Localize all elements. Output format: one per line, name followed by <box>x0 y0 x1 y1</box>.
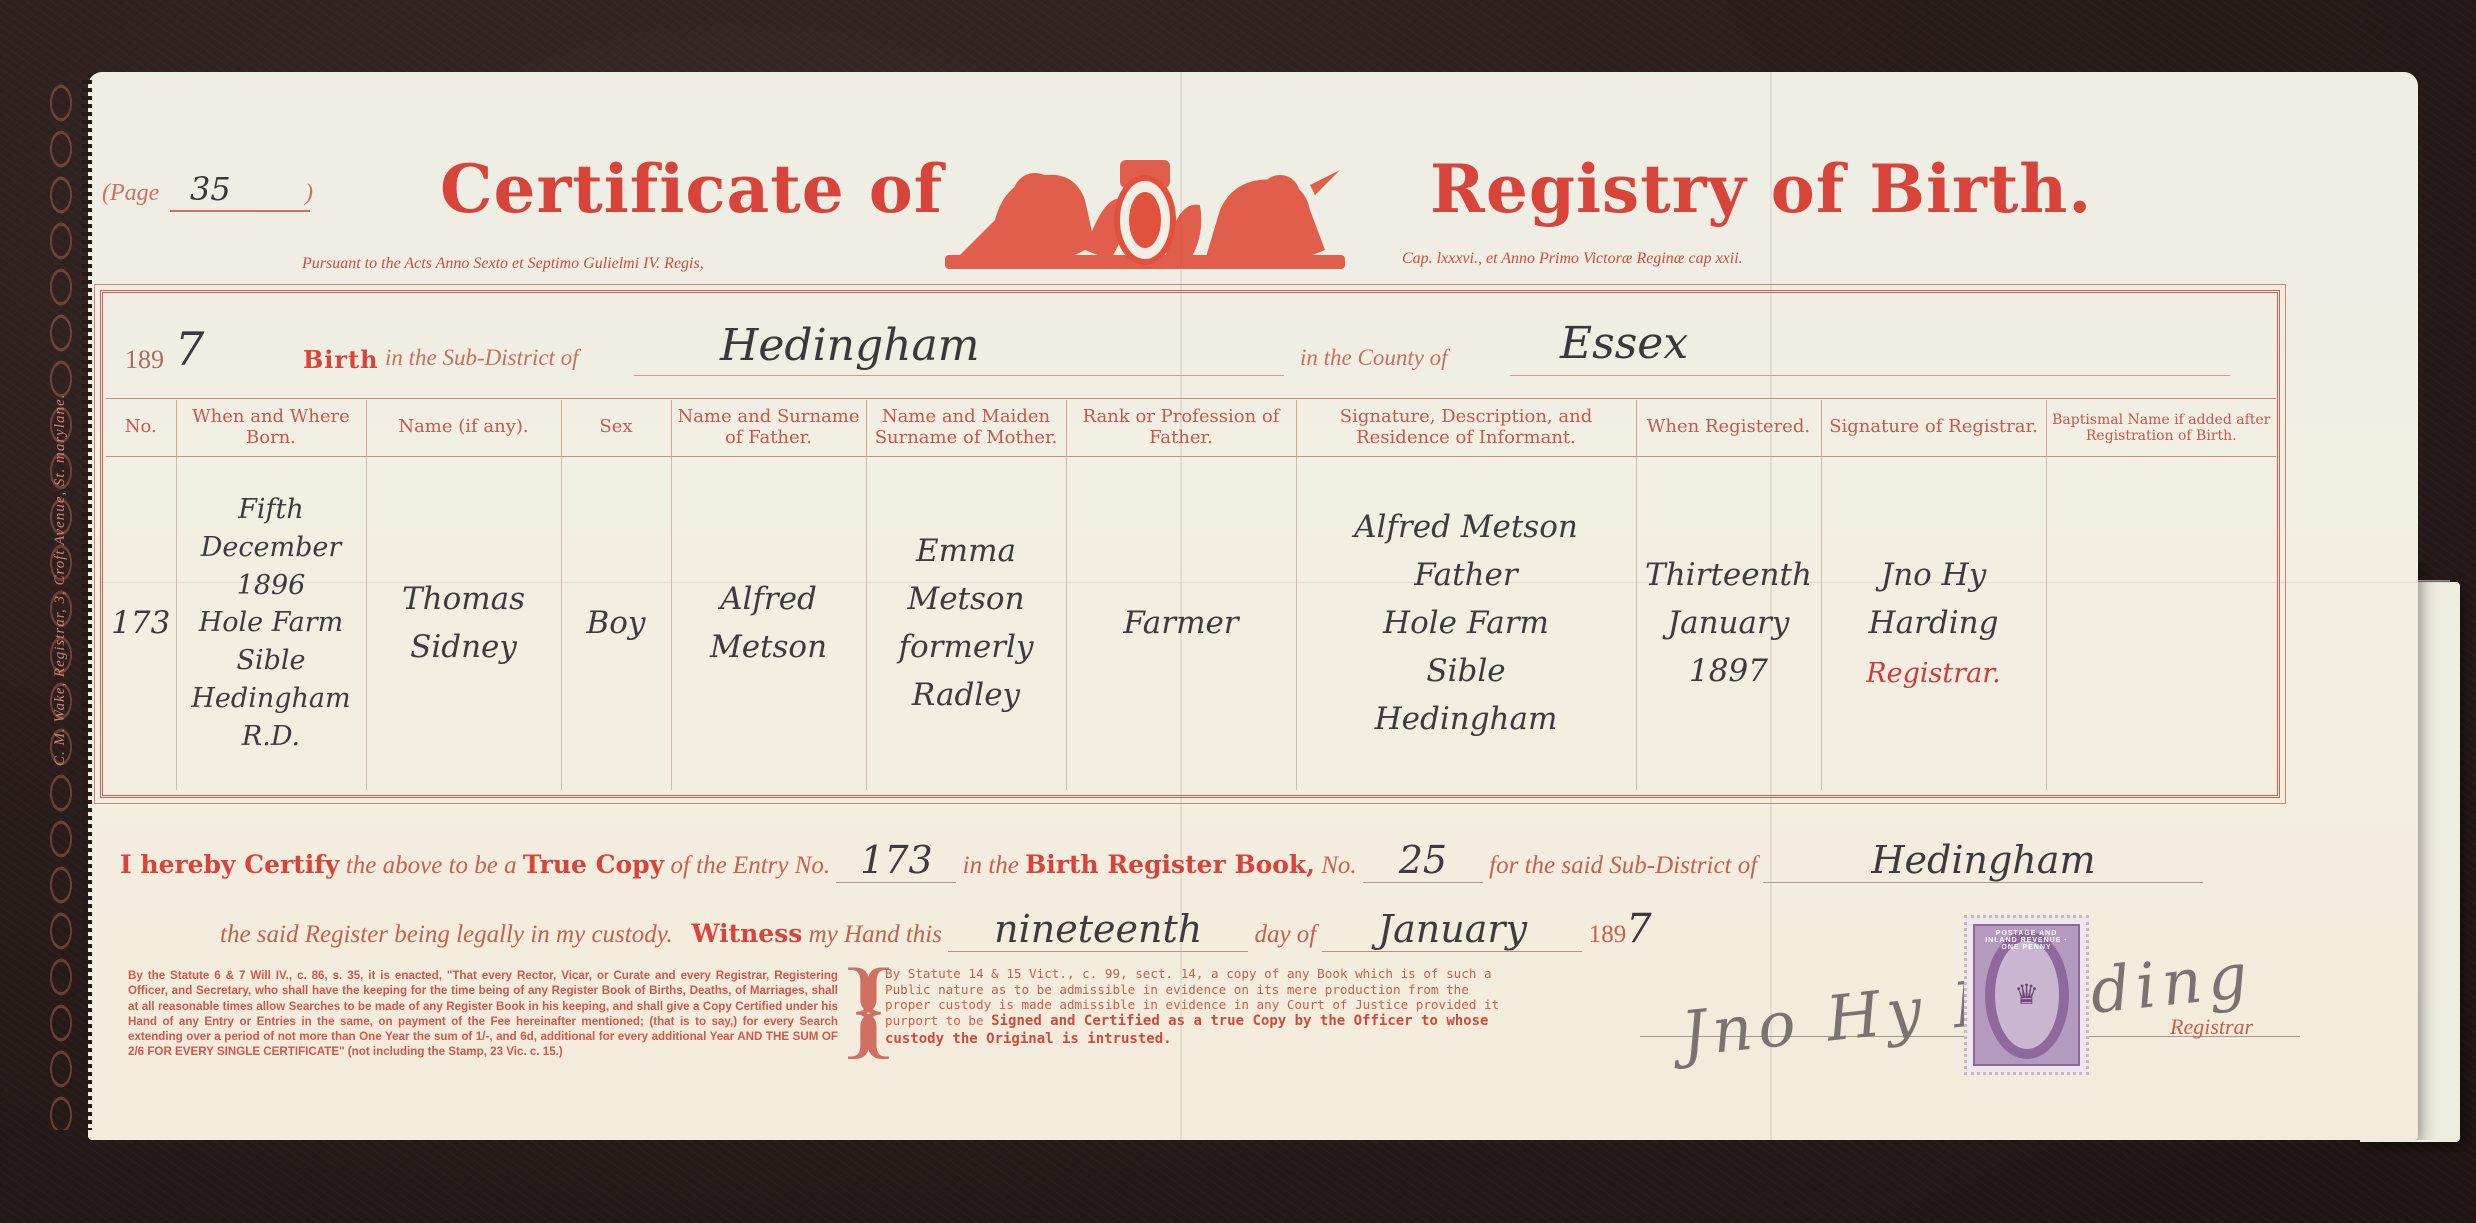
middle-name: Sidney <box>371 623 557 671</box>
column-header-name: Name (if any). <box>366 400 561 456</box>
mother-first-name: Emma <box>871 527 1062 575</box>
column-header-profession: Rank or Profession of Father. <box>1066 400 1296 456</box>
subdistrict-value: Hedingham <box>720 320 979 371</box>
stamp-frame: ♛ POSTAGE AND INLAND REVENUE · ONE PENNY <box>1973 924 2080 1066</box>
column-header-registrar-signature: Signature of Registrar. <box>1821 400 2046 456</box>
born-place-3: Hedingham <box>181 680 362 718</box>
informant-relation: Father <box>1301 551 1632 599</box>
registrar-first-name: Jno Hy <box>1826 551 2042 599</box>
title-right: Registry of Birth. <box>1430 150 2092 228</box>
revenue-stamp: ♛ POSTAGE AND INLAND REVENUE · ONE PENNY <box>1964 915 2089 1075</box>
entry-father: Alfred Metson <box>671 456 866 790</box>
table-row: 173 Fifth December 1896 Hole Farm Sible … <box>106 456 2276 790</box>
informant-name: Alfred Metson <box>1301 503 1632 551</box>
registrar-title: Registrar. <box>1826 653 2042 695</box>
entry-mother: Emma Metson formerly Radley <box>866 456 1066 790</box>
column-header-when-registered: When Registered. <box>1636 400 1821 456</box>
birth-heading: Birth <box>303 345 379 374</box>
statute-6-7-will-iv: By the Statute 6 & 7 Will IV., c. 86, s.… <box>128 968 838 1060</box>
book-number-value: 25 <box>1363 838 1483 883</box>
mother-surname: Metson <box>871 575 1062 623</box>
cert-subdistrict-value: Hedingham <box>1763 838 2203 883</box>
year-prefix: 189 <box>125 345 164 375</box>
certification-line-1: I hereby Certify the above to be a True … <box>120 838 2203 883</box>
witness-year-prefix: 189 <box>1589 921 1627 948</box>
page-number: 35 <box>190 170 231 208</box>
mother-maiden-name: Radley <box>871 671 1062 719</box>
cert-text: day of <box>1254 921 1316 948</box>
born-place-1: Hole Farm <box>181 604 362 642</box>
entry-informant: Alfred Metson Father Hole Farm Sible Hed… <box>1296 456 1636 790</box>
witness-month-value: January <box>1322 907 1582 952</box>
mother-formerly: formerly <box>871 623 1062 671</box>
subtitle-left: Pursuant to the Acts Anno Sexto et Septi… <box>302 255 704 273</box>
registered-day: Thirteenth <box>1641 551 1817 599</box>
county-label: in the County of <box>1300 345 1448 371</box>
entry-name: Thomas Sidney <box>366 456 561 790</box>
entry-number: 173 <box>106 456 176 790</box>
cert-text: for the said Sub-District of <box>1489 852 1757 879</box>
subdistrict-label: in the Sub-District of <box>385 345 579 371</box>
statute-14-15-vict: By Statute 14 & 15 Vict., c. 99, sect. 1… <box>885 966 1515 1048</box>
born-place-2: Sible <box>181 642 362 680</box>
page-label: (Page <box>102 180 159 207</box>
witness-year-suffix: 7 <box>1626 906 1651 952</box>
perforated-edge <box>82 80 92 1130</box>
birth-entry-table: No. When and Where Born. Name (if any). … <box>106 400 2276 790</box>
registrar-label: Registrar <box>2170 1014 2253 1040</box>
witness-heading: Witness <box>691 919 802 948</box>
subdistrict-underline <box>634 375 1284 376</box>
entry-when-where-born: Fifth December 1896 Hole Farm Sible Hedi… <box>176 456 366 790</box>
column-header-no: No. <box>106 400 176 456</box>
cert-text: No. <box>1321 852 1356 879</box>
registrar-surname: Harding <box>1826 599 2042 647</box>
father-surname: Metson <box>676 623 862 671</box>
informant-residence-2: Sible <box>1301 647 1632 695</box>
page-close: ) <box>305 180 313 207</box>
column-header-when-where-born: When and Where Born. <box>176 400 366 456</box>
header-divider <box>106 398 2276 399</box>
cert-text: the above to be a <box>346 852 517 879</box>
entry-when-registered: Thirteenth January 1897 <box>1636 456 1821 790</box>
informant-residence-1: Hole Farm <box>1301 599 1632 647</box>
entry-registrar-signature: Jno Hy Harding Registrar. <box>1821 456 2046 790</box>
printer-imprint: C. M. Wake, Registrar, 3, Croft Avenue, … <box>52 330 82 830</box>
stamp-label: POSTAGE AND INLAND REVENUE · ONE PENNY <box>1983 930 2070 951</box>
certify-heading: I hereby Certify <box>120 850 340 879</box>
registered-year: 1897 <box>1641 647 1817 695</box>
witness-day-value: nineteenth <box>948 907 1248 952</box>
royal-crest-icon <box>935 150 1355 275</box>
column-header-mother: Name and Maiden Surname of Mother. <box>866 400 1066 456</box>
page-underline <box>170 210 310 212</box>
entry-profession: Farmer <box>1066 456 1296 790</box>
county-value: Essex <box>1560 318 1688 369</box>
cert-text: the said Register being legally in my cu… <box>220 921 673 948</box>
title-left: Certificate of <box>440 150 943 228</box>
true-copy-heading: True Copy <box>523 850 664 879</box>
entry-sex: Boy <box>561 456 671 790</box>
year-suffix: 7 <box>175 322 204 376</box>
birth-register-book-heading: Birth Register Book, <box>1025 850 1315 879</box>
county-underline <box>1510 375 2230 376</box>
born-year: 1896 <box>181 567 362 605</box>
certification-line-2: the said Register being legally in my cu… <box>220 906 1652 952</box>
born-month: December <box>181 529 362 567</box>
born-place-4: R.D. <box>181 718 362 756</box>
entry-baptismal-name <box>2046 456 2276 790</box>
registered-month: January <box>1641 599 1817 647</box>
informant-residence-3: Hedingham <box>1301 695 1632 743</box>
first-name: Thomas <box>371 575 557 623</box>
column-header-baptismal-name: Baptismal Name if added after Registrati… <box>2046 400 2276 456</box>
cert-text: in the <box>963 852 1019 879</box>
column-header-father: Name and Surname of Father. <box>671 400 866 456</box>
entry-number-value: 173 <box>836 838 956 883</box>
born-day: Fifth <box>181 491 362 529</box>
subtitle-right: Cap. lxxxvi., et Anno Primo Victoræ Regi… <box>1402 250 1743 268</box>
father-first-name: Alfred <box>676 575 862 623</box>
column-header-sex: Sex <box>561 400 671 456</box>
column-header-informant: Signature, Description, and Residence of… <box>1296 400 1636 456</box>
table-header-row: No. When and Where Born. Name (if any). … <box>106 400 2276 456</box>
cert-text: my Hand this <box>809 921 942 948</box>
cert-text: of the Entry No. <box>670 852 830 879</box>
